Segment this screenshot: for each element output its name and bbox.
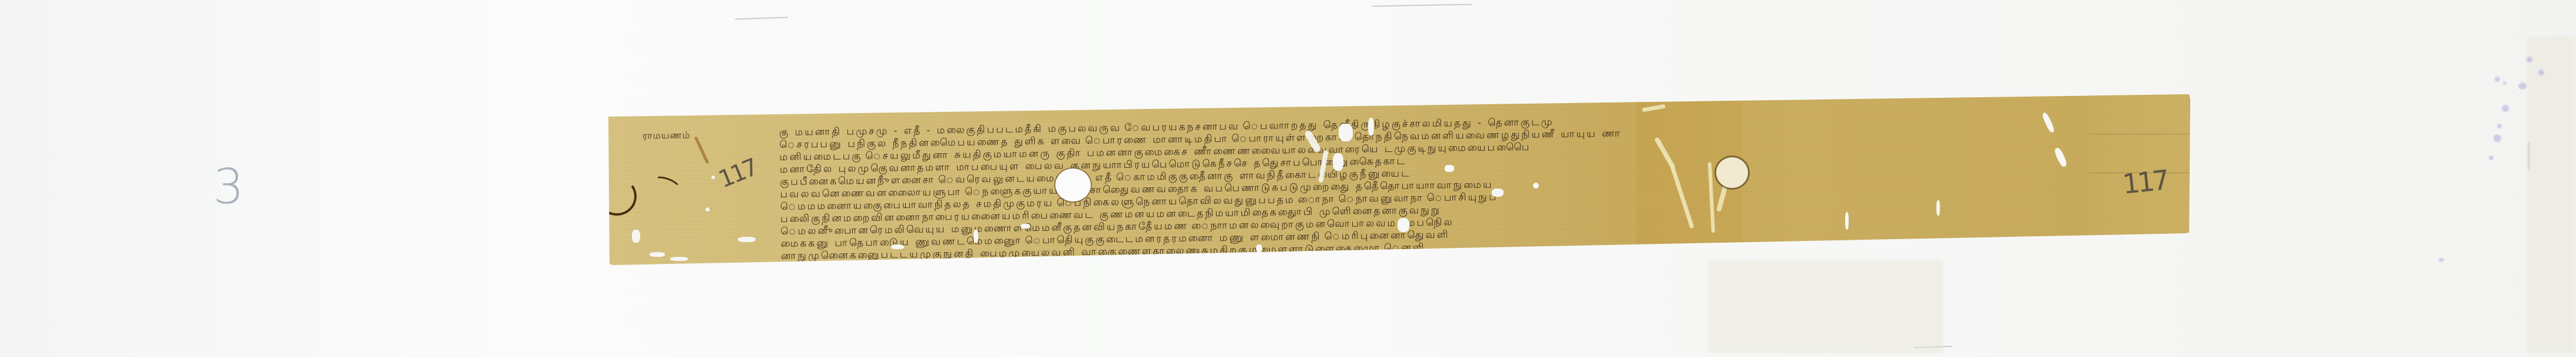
damage-hole <box>1398 218 1409 232</box>
string-hole-left <box>1055 168 1091 201</box>
folio-number-right: 117 <box>2121 164 2168 200</box>
damage-hole <box>1256 244 1262 253</box>
damage-hole <box>1333 153 1343 171</box>
damage-hole <box>1021 224 1030 229</box>
background-stain <box>1708 259 1943 353</box>
ruling-line <box>2090 134 2190 134</box>
string-hole-right <box>1716 157 1748 188</box>
pencil-page-number: 3 <box>213 159 244 215</box>
damage-hole <box>1936 200 1940 216</box>
damage-hole <box>1533 183 1539 189</box>
damage-hole <box>738 237 756 242</box>
background-stain <box>2527 35 2576 353</box>
damage-hole <box>650 252 665 257</box>
damage-hole <box>974 230 978 243</box>
damage-hole <box>1492 189 1504 197</box>
damage-hole <box>1845 212 1849 230</box>
margin-title: ராமயணம் <box>643 129 691 142</box>
damage-hole <box>891 244 904 249</box>
damage-hole <box>1339 124 1353 141</box>
damage-hole <box>711 176 715 179</box>
damage-hole <box>632 230 640 243</box>
damage-hole <box>1445 165 1454 172</box>
damage-hole <box>1368 118 1374 135</box>
damage-hole <box>706 207 710 211</box>
damage-hole <box>670 257 688 261</box>
